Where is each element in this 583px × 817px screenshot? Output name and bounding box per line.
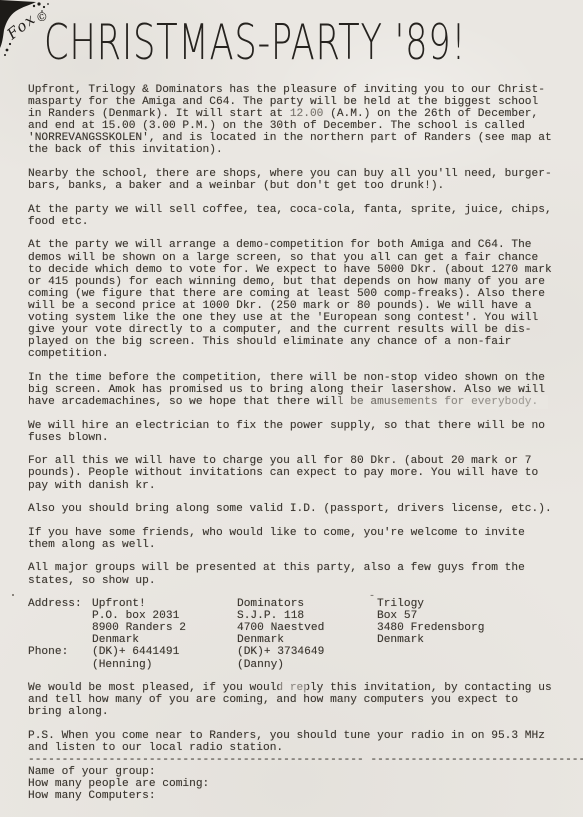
address-label: Address: xyxy=(28,598,82,610)
reply-paragraph: We would be most pleased, if you would r… xyxy=(28,682,583,718)
group-name: Upfront! xyxy=(92,598,186,610)
contact-upfront-column: Upfront! P.O. box 2031 8900 Randers 2 De… xyxy=(92,598,186,671)
demo-competition-paragraph: At the party we will arrange a demo-comp… xyxy=(28,239,583,360)
contact-labels-column: Address: Phone: xyxy=(28,598,82,671)
group-country: Denmark xyxy=(377,634,484,646)
group-phone xyxy=(377,646,484,658)
group-address: Box 57 xyxy=(377,610,484,622)
form-label-group-name: Name of your group: xyxy=(28,766,583,778)
group-address: S.J.P. 118 xyxy=(237,610,324,622)
nearby-shops-paragraph: Nearby the school, there are shops, wher… xyxy=(28,168,583,192)
page-title: CHRISTMAS-PARTY '89! xyxy=(44,18,466,67)
entrance-fee-paragraph: For all this we will have to charge you … xyxy=(28,455,583,491)
group-contact xyxy=(377,659,484,671)
contact-dominators-column: Dominators S.J.P. 118 4700 Naestved Denm… xyxy=(237,598,324,671)
group-country: Denmark xyxy=(92,634,186,646)
electrician-paragraph: We will hire an electrician to fix the p… xyxy=(28,420,583,444)
group-contact: (Danny) xyxy=(237,659,324,671)
scanned-invitation-page: Fox © CHRISTMAS-PARTY '89! Upfront, Tril… xyxy=(0,0,583,817)
group-address: P.O. box 2031 xyxy=(92,610,186,622)
group-name: Trilogy xyxy=(377,598,484,610)
group-country: Denmark xyxy=(237,634,324,646)
group-city: 8900 Randers 2 xyxy=(92,622,186,634)
form-label-computer-count: How many Computers: xyxy=(28,790,583,802)
invitation-body: Upfront, Trilogy & Dominators has the pl… xyxy=(28,84,583,803)
phone-label: Phone: xyxy=(28,646,82,658)
group-contact: (Henning) xyxy=(92,659,186,671)
group-phone: (DK)+ 3734649 xyxy=(237,646,324,658)
contact-trilogy-column: Trilogy Box 57 3480 Fredensborg Denmark xyxy=(377,598,484,671)
friends-paragraph: If you have some friends, who would like… xyxy=(28,527,583,551)
group-city: 3480 Fredensborg xyxy=(377,622,484,634)
refreshments-paragraph: At the party we will sell coffee, tea, c… xyxy=(28,204,583,228)
group-name: Dominators xyxy=(237,598,324,610)
group-phone: (DK)+ 6441491 xyxy=(92,646,186,658)
ps-paragraph: P.S. When you come near to Randers, you … xyxy=(28,730,583,754)
entertainment-paragraph: In the time before the competition, ther… xyxy=(28,372,583,408)
intro-paragraph: Upfront, Trilogy & Dominators has the pl… xyxy=(28,84,583,157)
groups-paragraph: All major groups will be presented at th… xyxy=(28,562,583,586)
dashed-separator: ----------------------------------------… xyxy=(28,754,583,766)
scan-stray-mark: ˉ xyxy=(369,595,375,607)
id-paragraph: Also you should bring along some valid I… xyxy=(28,503,583,515)
scan-speck xyxy=(12,594,14,596)
group-city: 4700 Naestved xyxy=(237,622,324,634)
form-label-people-count: How many people are coming: xyxy=(28,778,583,790)
contact-block: ˉ Address: Phone: Upfront! P.O. box 2031… xyxy=(28,598,583,671)
